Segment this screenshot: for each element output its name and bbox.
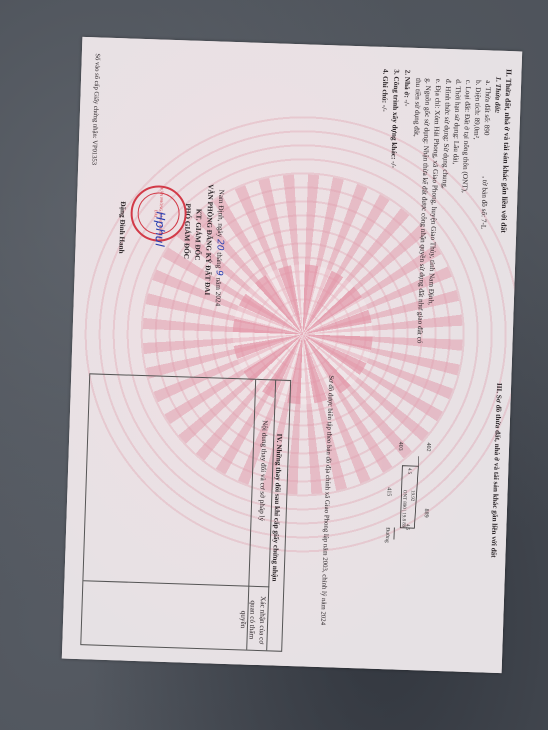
section2-sub1: 1. Thửa đất:: [492, 77, 503, 114]
svg-text:ONT 890 | 19.8 89: ONT 890 | 19.8 89: [400, 490, 406, 528]
svg-text:Đường: Đường: [384, 527, 391, 543]
svg-text:19.92: 19.92: [409, 490, 414, 502]
handwritten-signature: Hphul: [154, 211, 165, 246]
certificate-sheet: II. Thửa đất, nhà ở và tài sản khác gắn …: [62, 37, 522, 673]
serial-number: Số vào sổ cấp Giấy chứng nhận: VP01353: [89, 53, 102, 165]
parcel-diagram: 402 403 889 415 4.5 4.5 19.92 ONT 890 | …: [346, 426, 450, 549]
changes-table: Nội dung thay đổi và cơ sở pháp lý Xác n…: [80, 373, 291, 652]
note-item: 4. Ghi chú: -/-: [379, 69, 390, 112]
signer-name: Đặng Đình Hanh: [116, 201, 127, 254]
parcel-number: a. Thửa đất số: 890: [481, 80, 492, 135]
origin-cont: thu tiền sử dụng đất,: [411, 78, 423, 137]
neighbor-402: 402: [425, 442, 431, 451]
kt-director: KT. GIÁM ĐỐC: [191, 209, 202, 261]
col-authority-confirmation: Xác nhận của cơ quan có thẩm quyền: [236, 591, 267, 648]
neighbor-415: 415: [385, 487, 391, 496]
col-change-content: Nội dung thay đổi và cơ sở pháp lý: [256, 420, 269, 521]
parcel-area: b. Diện tích: 89,0m²,: [471, 80, 483, 140]
neighbor-889: 889: [423, 508, 429, 517]
land-certificate-page: II. Thửa đất, nhà ở và tài sản khác gắn …: [62, 37, 522, 673]
svg-text:4.5: 4.5: [406, 468, 411, 475]
house-item: 2. Nhà ở: -/-: [401, 69, 412, 106]
map-sheet-number: , tờ bản đồ số: 7-L: [478, 176, 489, 229]
neighbor-403: 403: [397, 442, 403, 451]
